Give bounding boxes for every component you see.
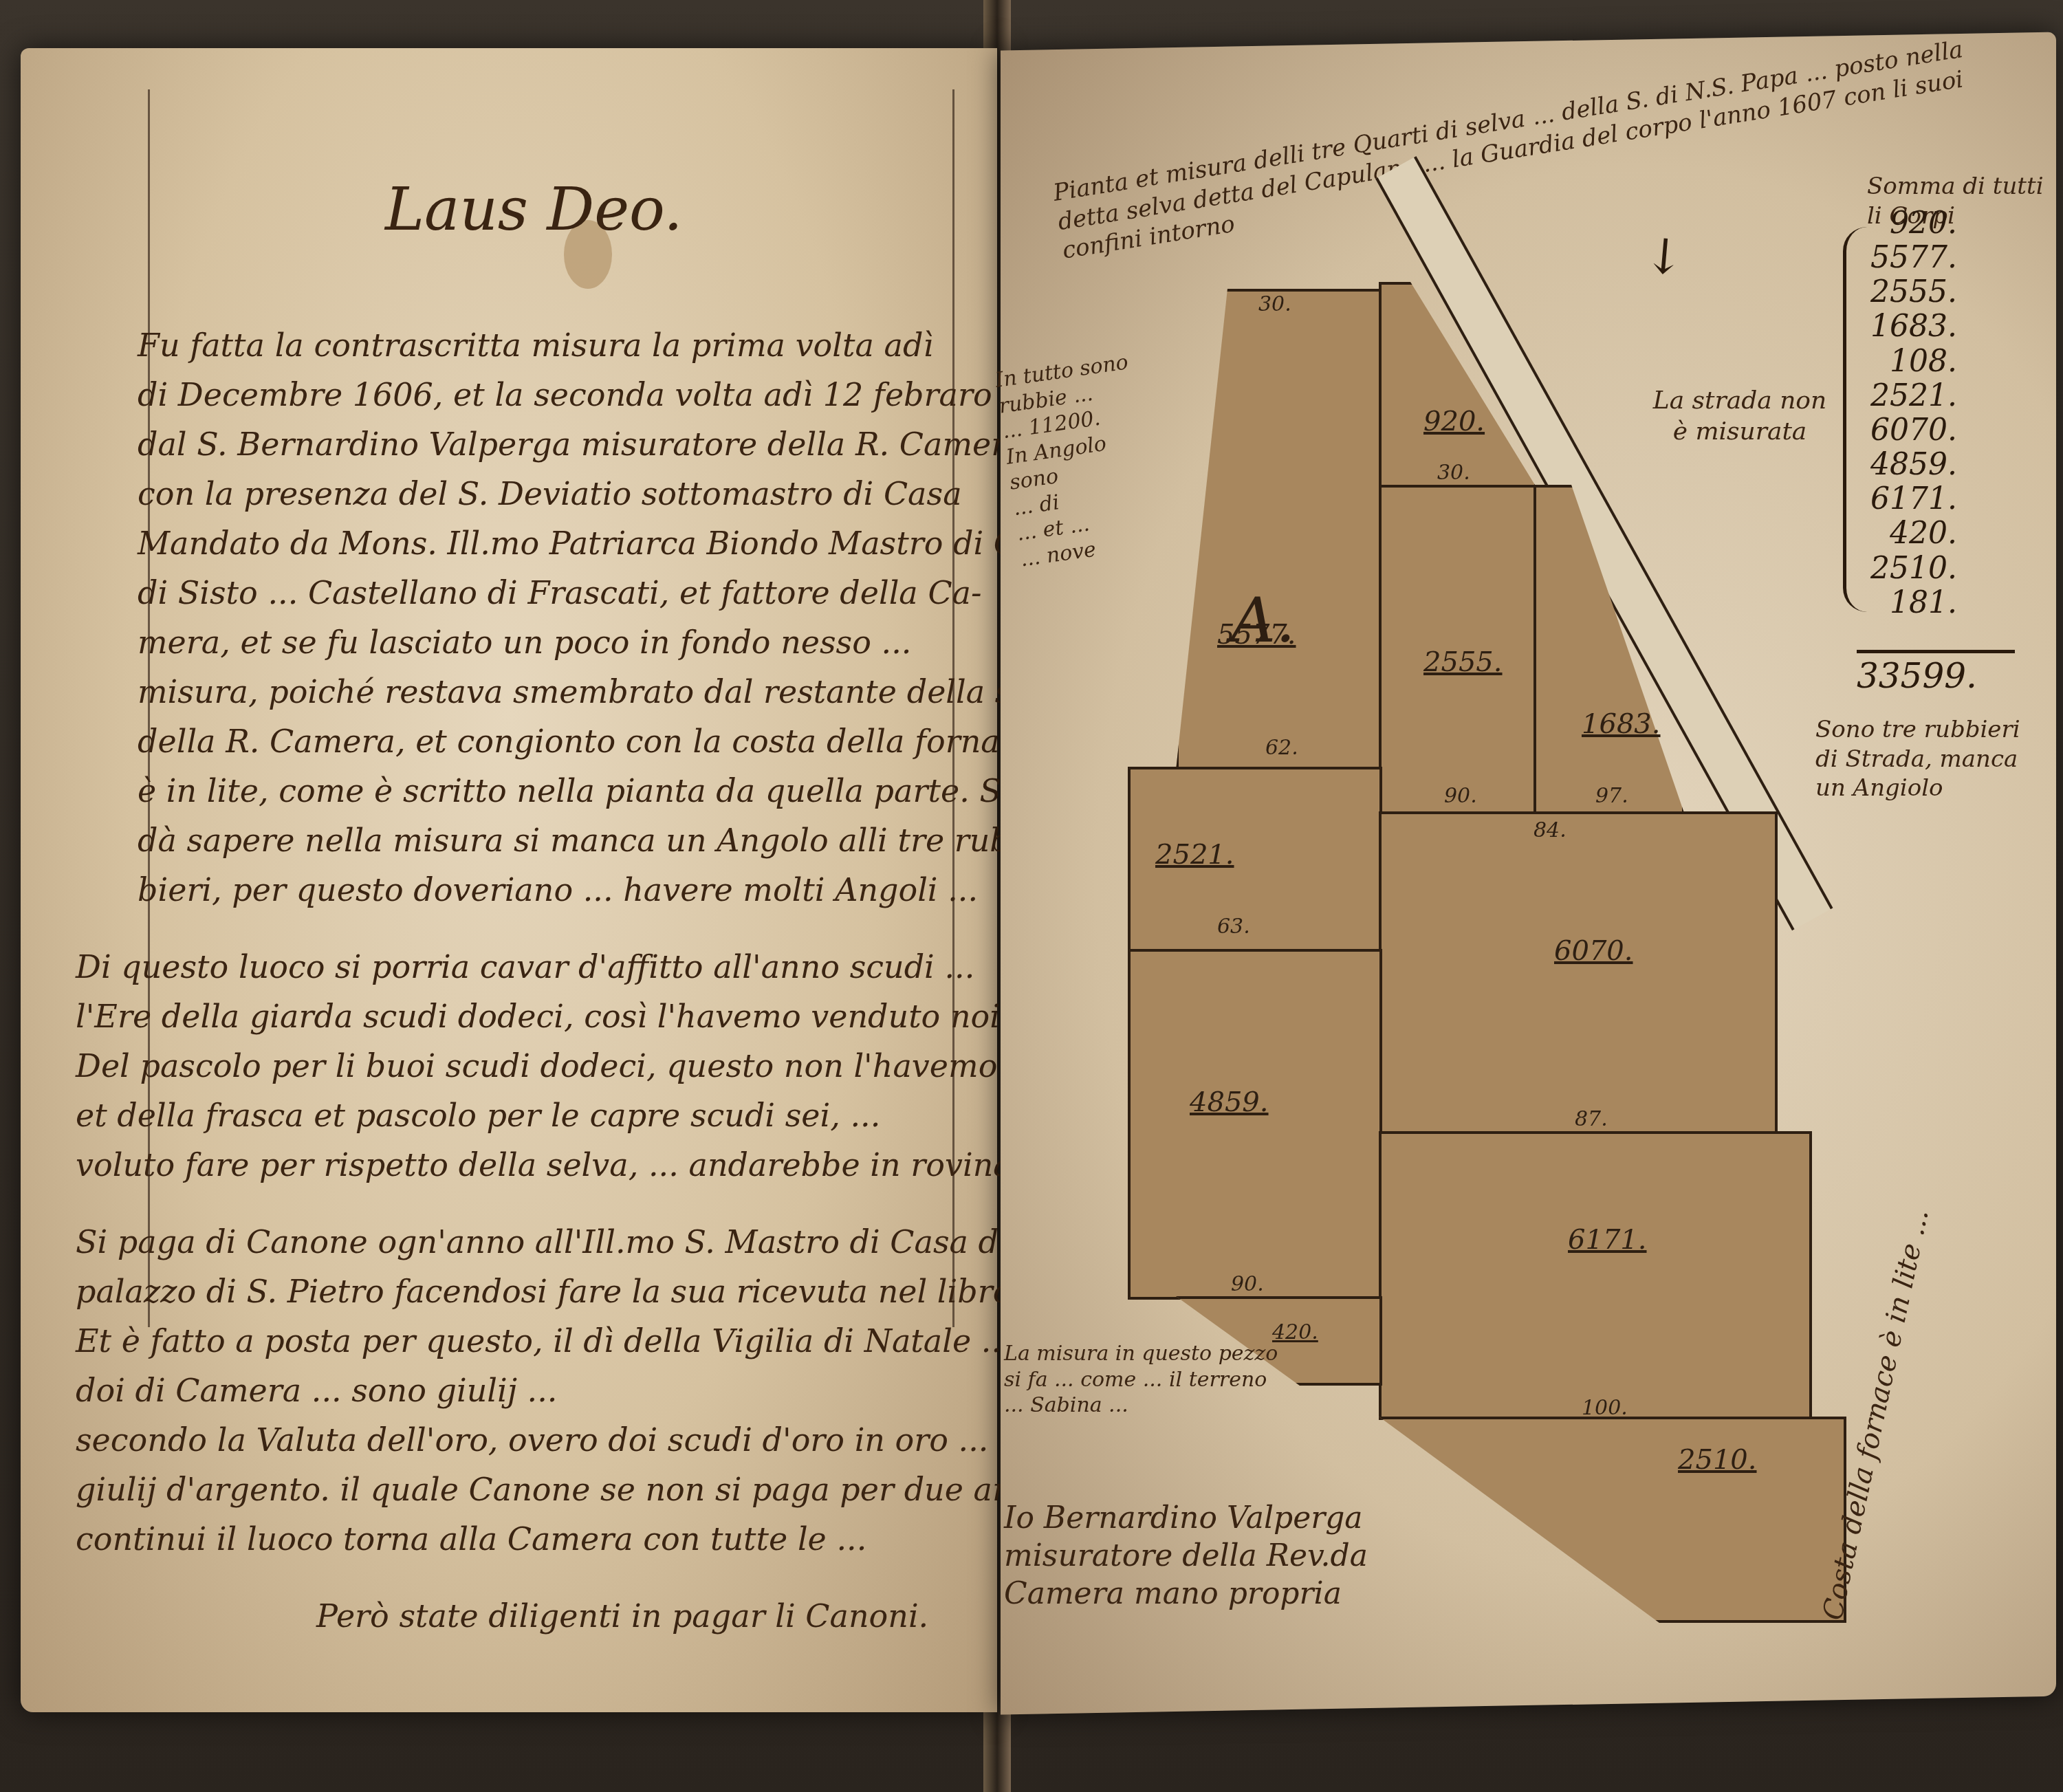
tally-value: 4859. <box>1870 448 1957 482</box>
manuscript-line: giulij d'argento. il quale Canone se non… <box>76 1471 1043 1508</box>
dimension-label: 30. <box>1437 461 1470 485</box>
manuscript-line: è in lite, come è scritto nella pianta d… <box>138 772 1012 809</box>
manuscript-line: voluto fare per rispetto della selva, ..… <box>76 1146 1022 1183</box>
manuscript-line: Di questo luoco si porria cavar d'affitt… <box>76 948 974 985</box>
manuscript-line: Si paga di Canone ogn'anno all'Ill.mo S.… <box>76 1223 1009 1260</box>
dimension-label: 63. <box>1217 915 1250 939</box>
dimension-label: 100. <box>1582 1396 1628 1420</box>
bottom-note: La misura in questo pezzo si fa ... come… <box>1004 1341 1293 1419</box>
manuscript-line: mera, et se fu lasciato un poco in fondo… <box>138 624 911 661</box>
manuscript-line: della R. Camera, et congionto con la cos… <box>138 723 1036 760</box>
tally-value: 181. <box>1870 586 1957 620</box>
parcel-area: 6070. <box>1554 935 1633 967</box>
manuscript-line: continui il luoco torna alla Camera con … <box>76 1520 866 1558</box>
tally-value: 6070. <box>1870 413 1957 448</box>
manuscript-line: di Sisto ... Castellano di Frascati, et … <box>138 574 982 611</box>
manuscript-line: Mandato da Mons. Ill.mo Patriarca Biondo… <box>138 525 1071 562</box>
dimension-label: 30. <box>1258 292 1291 316</box>
brace <box>1843 227 1867 612</box>
area-total: 33599. <box>1857 650 2015 696</box>
tally-value: 108. <box>1870 345 1957 379</box>
surveyor-signature: Io Bernardino Valperga misuratore della … <box>1004 1499 1458 1613</box>
tally-value: 1683. <box>1870 309 1957 344</box>
manuscript-line: secondo la Valuta dell'oro, overo doi sc… <box>76 1421 988 1458</box>
manuscript-line: doi di Camera ... sono giulij ... <box>76 1372 557 1409</box>
parcel-area: 5577. <box>1217 619 1296 651</box>
manuscript-line: dal S. Bernardino Valperga misuratore de… <box>138 426 1025 463</box>
tally-value: 6171. <box>1870 482 1957 516</box>
tally-value: 420. <box>1870 516 1957 551</box>
page-title: Laus Deo. <box>385 175 683 244</box>
manuscript-line: Del pascolo per li buoi scudi dodeci, qu… <box>76 1047 1038 1084</box>
tally-value: 920. <box>1870 206 1957 241</box>
area-tally: 920.5577.2555.1683.108.2521.6070.4859.61… <box>1870 206 1957 620</box>
tally-value: 2521. <box>1870 379 1957 413</box>
manuscript-line: misura, poiché restava smembrato dal res… <box>138 673 1077 710</box>
manuscript-line: et della frasca et pascolo per le capre … <box>76 1097 880 1134</box>
parcel <box>1379 811 1778 1135</box>
manuscript-line: l'Ere della giarda scudi dodeci, così l'… <box>76 998 1040 1035</box>
dimension-label: 90. <box>1231 1272 1264 1296</box>
manuscript-line: Fu fatta la contrascritta misura la prim… <box>138 327 933 364</box>
manuscript-line: dà sapere nella misura si manca un Angol… <box>138 822 1020 859</box>
manuscript-line: Et è fatto a posta per questo, il dì del… <box>76 1322 1012 1359</box>
parcel-area: 2510. <box>1678 1444 1757 1476</box>
parcel-area: 2555. <box>1423 646 1503 678</box>
parcel-a <box>1176 289 1382 770</box>
tally-value: 2510. <box>1870 551 1957 586</box>
parcel <box>1379 1131 1812 1420</box>
parcel-area: 6171. <box>1568 1224 1647 1256</box>
road-note: La strada non è misurata <box>1650 385 1829 447</box>
parcel-area: 1683. <box>1582 708 1661 740</box>
dimension-label: 87. <box>1575 1107 1608 1131</box>
dimension-label: 84. <box>1533 818 1567 842</box>
dimension-label: 62. <box>1265 736 1298 760</box>
manuscript-line: con la presenza del S. Deviatio sottomas… <box>138 475 962 512</box>
parcel <box>1128 949 1382 1300</box>
parcel-area: 920. <box>1423 406 1485 437</box>
dimension-label: 90. <box>1444 784 1477 808</box>
parcel-area: 4859. <box>1190 1086 1269 1118</box>
corner-note: Sono tre rubbieri di Strada, manca un An… <box>1815 715 2035 803</box>
dimension-label: 97. <box>1595 784 1628 808</box>
manuscript-line: Però state diligenti in pagar li Canoni. <box>316 1597 928 1635</box>
tally-value: 2555. <box>1870 275 1957 309</box>
manuscript-line: bieri, per questo doveriano ... havere m… <box>138 871 978 908</box>
manuscript-line: di Decembre 1606, et la seconda volta ad… <box>138 376 992 413</box>
tally-value: 5577. <box>1870 241 1957 275</box>
parcel-area: 2521. <box>1155 839 1234 871</box>
manuscript-line: palazzo di S. Pietro facendosi fare la s… <box>76 1273 1052 1310</box>
